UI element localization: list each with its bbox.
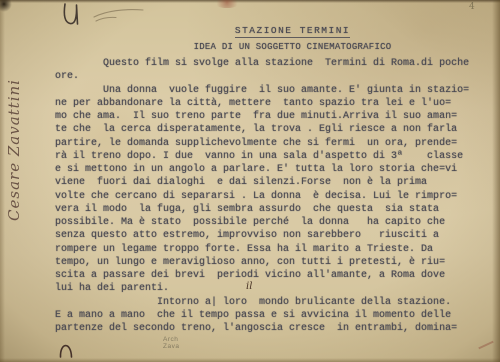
- typed-line: Una donna vuole fuggire il suo amante. E…: [55, 84, 495, 97]
- document-page: 4 Cesare Zavattini STAZIONE TERMINI IDEA…: [0, 0, 500, 362]
- typed-line: ne per abbandonare la città, mettere tan…: [55, 97, 495, 110]
- typed-line: rompere un legame troppo forte. Essa ha …: [55, 243, 495, 256]
- archive-stamp-line2: Zava: [163, 343, 179, 350]
- red-stain: [213, 0, 241, 8]
- archive-stamp: Arch Zava: [163, 336, 179, 350]
- margin-signature: Cesare Zavattini: [5, 55, 31, 245]
- typed-line: te che la cerca disperatamente, la trova…: [55, 123, 495, 136]
- typed-line: rà il treno dopo. I due vanno in una sal…: [55, 150, 495, 163]
- typed-line: viene fuori dai dialoghi e dai silenzi.F…: [55, 176, 495, 189]
- typed-line: Questo film si svolge alla stazione Term…: [55, 57, 495, 70]
- typed-line: Intorno a| loro mondo brulicante della s…: [55, 296, 495, 309]
- archive-stamp-line1: Arch: [163, 336, 179, 343]
- typed-line: partire, le domanda supplichevolmente ch…: [55, 137, 495, 150]
- document-subtitle: IDEA DI UN SOGGETTO CINEMATOGRAFICO: [85, 42, 500, 52]
- handwritten-insertion: il: [246, 281, 252, 292]
- typed-line: mo che ama. Il suo treno parte fra due m…: [55, 110, 495, 123]
- typed-text: Questo film si svolge alla stazione Term…: [55, 57, 495, 335]
- header: STAZIONE TERMINI IDEA DI UN SOGGETTO CIN…: [85, 20, 500, 52]
- typed-line: scita a passare dei brevi periodi vicino…: [55, 269, 495, 282]
- top-right-page-mark: 4: [469, 2, 475, 12]
- typed-line: partenze del secondo treno, l'angoscia c…: [55, 322, 495, 335]
- typed-line: vera il modo la fuga, gli sembra assurdo…: [55, 203, 495, 216]
- corner-stain: [0, 0, 12, 12]
- typed-line: possibile. Ma è stato possibile perché l…: [55, 216, 495, 229]
- typed-line: tempo, un lungo e meraviglioso anno, con…: [55, 256, 495, 269]
- typed-line: ore.: [55, 70, 495, 83]
- typed-line: lui ha dei parenti.: [55, 282, 495, 295]
- typed-line: e si mettono in un angolo a parlare. E' …: [55, 163, 495, 176]
- typed-line: senza questo atto estremo, improvviso no…: [55, 229, 495, 242]
- document-title: STAZIONE TERMINI: [235, 25, 350, 38]
- handwritten-n-mark: [58, 336, 76, 360]
- typed-line: E a mano a mano che il tempo passa e si …: [55, 309, 495, 322]
- typed-line: volte che cercano di separarsi . La donn…: [55, 190, 495, 203]
- handwritten-u-mark: [61, 2, 83, 28]
